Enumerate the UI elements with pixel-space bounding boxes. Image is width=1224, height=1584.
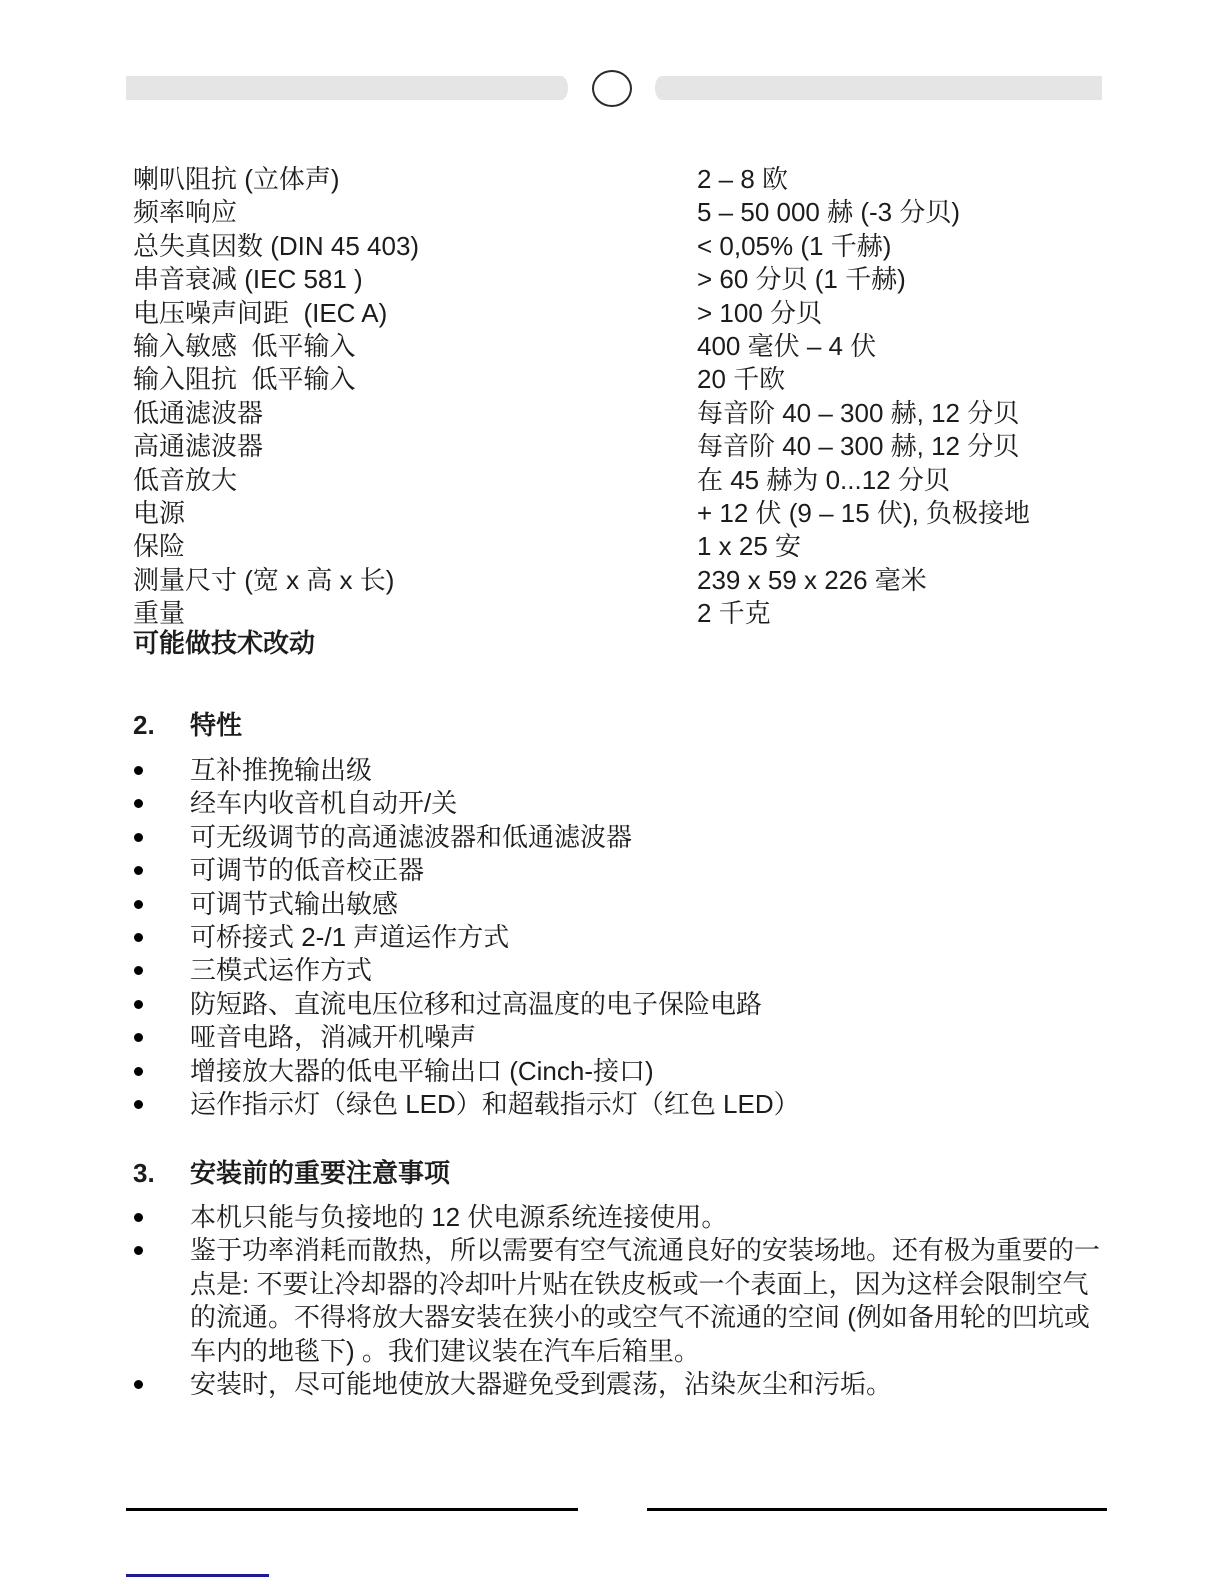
list-item: 经车内收音机自动开/关	[133, 787, 800, 820]
bullet-icon	[134, 1380, 143, 1389]
spec-label: 电源	[133, 497, 697, 530]
bullet-icon	[134, 866, 143, 875]
spec-value: 在 45 赫为 0...12 分贝	[697, 464, 950, 497]
bullet-text: 防短路、直流电压位移和过高温度的电子保险电路	[190, 988, 762, 1021]
list-item: 可调节的低音校正器	[133, 854, 800, 887]
bullet-icon	[134, 1033, 143, 1042]
tech-change-note: 可能做技术改动	[133, 627, 315, 660]
spec-label: 低音放大	[133, 464, 697, 497]
section-3-bullet-list: 本机只能与负接地的 12 伏电源系统连接使用。 鉴于功率消耗而散热，所以需要有空…	[133, 1201, 1100, 1401]
list-item: 三模式运作方式	[133, 954, 800, 987]
bullet-text: 互补推挽输出级	[190, 754, 372, 787]
spec-label: 低通滤波器	[133, 397, 697, 430]
bullet-text: 运作指示灯（绿色 LED）和超载指示灯（红色 LED）	[190, 1088, 800, 1121]
bullet-text: 鉴于功率消耗而散热，所以需要有空气流通良好的安装场地。还有极为重要的一 点是: …	[190, 1234, 1100, 1368]
spec-label: 保险	[133, 530, 697, 563]
bullet-icon	[134, 766, 143, 775]
spec-value: 每音阶 40 – 300 赫, 12 分贝	[697, 397, 1019, 430]
bullet-text: 可无级调节的高通滤波器和低通滤波器	[190, 821, 632, 854]
spec-value: 239 x 59 x 226 毫米	[697, 564, 927, 597]
spec-value: 2 – 8 欧	[697, 163, 788, 196]
bullet-icon	[134, 1246, 143, 1255]
spec-value: 每音阶 40 – 300 赫, 12 分贝	[697, 430, 1019, 463]
spec-value: 1 x 25 安	[697, 530, 801, 563]
bullet-text: 哑音电路，消减开机噪声	[190, 1021, 476, 1054]
spec-row: 高通滤波器每音阶 40 – 300 赫, 12 分贝	[133, 430, 1030, 463]
spec-row: 低音放大在 45 赫为 0...12 分贝	[133, 464, 1030, 497]
bullet-text: 本机只能与负接地的 12 伏电源系统连接使用。	[190, 1201, 727, 1234]
spec-row: 总失真因数 (DIN 45 403)< 0,05% (1 千赫)	[133, 230, 1030, 263]
list-item: 哑音电路，消减开机噪声	[133, 1021, 800, 1054]
section-number: 3.	[133, 1157, 190, 1190]
bullet-icon	[134, 933, 143, 942]
bullet-text: 可桥接式 2-/1 声道运作方式	[190, 921, 509, 954]
spec-label: 串音衰减 (IEC 581 )	[133, 263, 697, 296]
spec-label: 测量尺寸 (宽 x 高 x 长)	[133, 564, 697, 597]
list-item: 可调节式输出敏感	[133, 888, 800, 921]
list-item: 运作指示灯（绿色 LED）和超载指示灯（红色 LED）	[133, 1088, 800, 1121]
list-item: 增接放大器的低电平输出口 (Cinch-接口)	[133, 1055, 800, 1088]
bullet-icon	[134, 833, 143, 842]
bullet-icon	[134, 1000, 143, 1009]
bullet-text: 可调节式输出敏感	[190, 888, 398, 921]
spec-value: 2 千克	[697, 597, 771, 630]
section-title: 安装前的重要注意事项	[190, 1157, 450, 1190]
list-item: 可桥接式 2-/1 声道运作方式	[133, 921, 800, 954]
spec-table: 喇叭阻抗 (立体声)2 – 8 欧 频率响应5 – 50 000 赫 (-3 分…	[133, 163, 1030, 631]
spec-row: 串音衰减 (IEC 581 )> 60 分贝 (1 千赫)	[133, 263, 1030, 296]
spec-label: 频率响应	[133, 196, 697, 229]
spec-row: 输入敏感 低平输入400 毫伏 – 4 伏	[133, 330, 1030, 363]
spec-row: 重量2 千克	[133, 597, 1030, 630]
spec-row: 测量尺寸 (宽 x 高 x 长)239 x 59 x 226 毫米	[133, 564, 1030, 597]
bullet-icon	[134, 966, 143, 975]
bullet-icon	[134, 900, 143, 909]
spec-value: > 100 分贝	[697, 297, 822, 330]
bullet-text: 经车内收音机自动开/关	[190, 787, 457, 820]
list-item: 防短路、直流电压位移和过高温度的电子保险电路	[133, 988, 800, 1021]
section-2-heading: 2. 特性	[133, 709, 242, 742]
spec-label: 输入敏感 低平输入	[133, 330, 697, 363]
spec-row: 输入阻抗 低平输入20 千欧	[133, 363, 1030, 396]
spec-row: 频率响应5 – 50 000 赫 (-3 分贝)	[133, 196, 1030, 229]
list-item: 本机只能与负接地的 12 伏电源系统连接使用。	[133, 1201, 1100, 1234]
section-2-bullet-list: 互补推挽输出级 经车内收音机自动开/关 可无级调节的高通滤波器和低通滤波器 可调…	[133, 754, 800, 1121]
list-item: 互补推挽输出级	[133, 754, 800, 787]
spec-value: + 12 伏 (9 – 15 伏), 负极接地	[697, 497, 1030, 530]
spec-label: 重量	[133, 597, 697, 630]
section-title: 特性	[190, 709, 242, 742]
spec-value: 5 – 50 000 赫 (-3 分贝)	[697, 196, 960, 229]
footer-rule-left	[126, 1508, 578, 1511]
list-item: 可无级调节的高通滤波器和低通滤波器	[133, 821, 800, 854]
section-3-heading: 3. 安装前的重要注意事项	[133, 1157, 450, 1190]
spec-label: 电压噪声间距 (IEC A)	[133, 297, 697, 330]
spec-row: 保险1 x 25 安	[133, 530, 1030, 563]
bullet-text: 三模式运作方式	[190, 954, 372, 987]
list-item: 安装时，尽可能地使放大器避免受到震荡，沾染灰尘和污垢。	[133, 1368, 1100, 1401]
spec-label: 总失真因数 (DIN 45 403)	[133, 230, 697, 263]
bullet-text: 可调节的低音校正器	[190, 854, 424, 887]
page-number-oval	[592, 70, 632, 107]
bullet-text: 增接放大器的低电平输出口 (Cinch-接口)	[190, 1055, 654, 1088]
spec-value: < 0,05% (1 千赫)	[697, 230, 891, 263]
bullet-icon	[134, 1100, 143, 1109]
footer-rule-right	[647, 1508, 1107, 1511]
bullet-icon	[134, 799, 143, 808]
list-item: 鉴于功率消耗而散热，所以需要有空气流通良好的安装场地。还有极为重要的一 点是: …	[133, 1234, 1100, 1368]
spec-value: 20 千欧	[697, 363, 785, 396]
spec-label: 高通滤波器	[133, 430, 697, 463]
spec-label: 输入阻抗 低平输入	[133, 363, 697, 396]
spec-value: > 60 分贝 (1 千赫)	[697, 263, 906, 296]
spec-row: 低通滤波器每音阶 40 – 300 赫, 12 分贝	[133, 397, 1030, 430]
spec-label: 喇叭阻抗 (立体声)	[133, 163, 697, 196]
footnote-link-rule	[126, 1574, 269, 1577]
bullet-icon	[134, 1213, 143, 1222]
section-number: 2.	[133, 709, 190, 742]
spec-value: 400 毫伏 – 4 伏	[697, 330, 876, 363]
header-rule-right	[655, 76, 1102, 100]
bullet-icon	[134, 1067, 143, 1076]
spec-row: 电压噪声间距 (IEC A)> 100 分贝	[133, 297, 1030, 330]
spec-row: 喇叭阻抗 (立体声)2 – 8 欧	[133, 163, 1030, 196]
header-rule-left	[126, 76, 568, 100]
spec-row: 电源+ 12 伏 (9 – 15 伏), 负极接地	[133, 497, 1030, 530]
bullet-text: 安装时，尽可能地使放大器避免受到震荡，沾染灰尘和污垢。	[190, 1368, 892, 1401]
